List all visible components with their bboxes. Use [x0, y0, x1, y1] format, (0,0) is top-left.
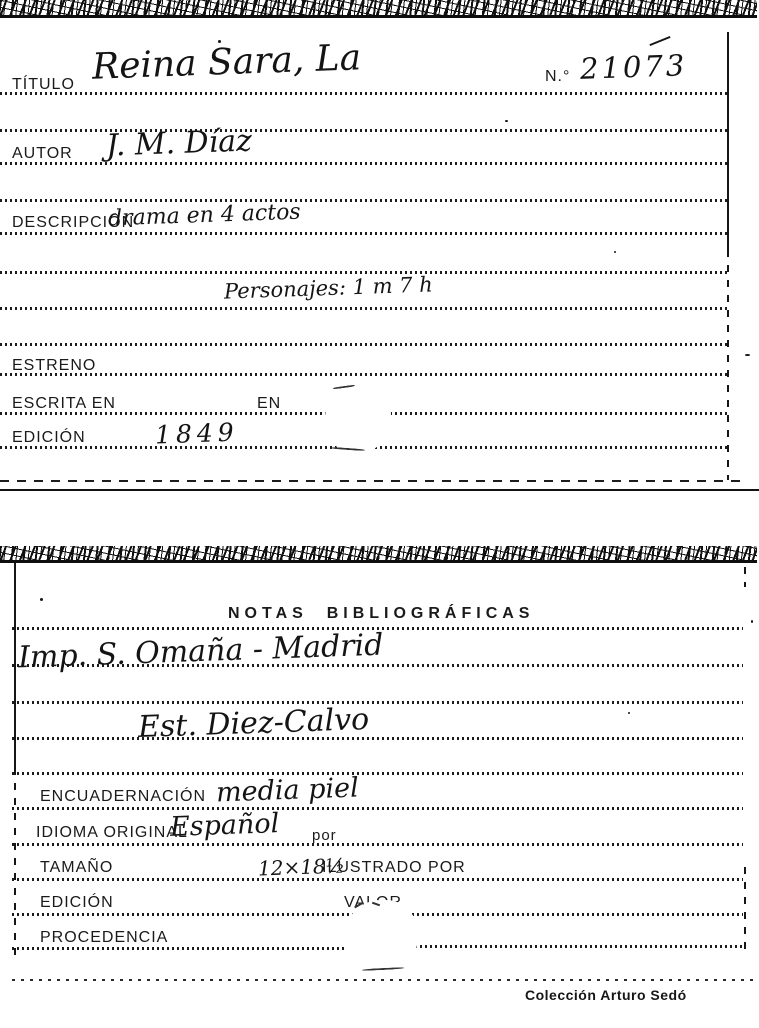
- scan-speck: [751, 620, 753, 623]
- ruled-line: [12, 737, 743, 740]
- notas-bibliograficas-header: NOTAS BIBLIOGRÁFICAS: [228, 605, 534, 623]
- ink-remnant: [331, 447, 365, 451]
- en-label: EN: [257, 395, 281, 413]
- ruled-line: [12, 979, 755, 981]
- ink-remnant: [362, 967, 404, 971]
- ruled-line: [0, 199, 729, 202]
- imprenta-handwritten-value: Imp. S. Omaña - Madrid: [18, 628, 384, 676]
- separator-line: [0, 489, 759, 491]
- bottom-card-right-border: [744, 867, 746, 953]
- erasure-mark: [325, 384, 391, 454]
- escrita-en-label: ESCRITA EN: [12, 395, 116, 413]
- tamano-label: TAMAÑO: [40, 859, 113, 877]
- scan-speck: [40, 598, 43, 601]
- ruled-line: [12, 772, 743, 775]
- encuadernacion-handwritten-value: media piel: [216, 773, 360, 809]
- top-card-right-border: [727, 32, 729, 250]
- bottom-card-noise-band: [0, 546, 757, 563]
- scan-speck: [745, 354, 750, 356]
- titulo-handwritten-value: Reina Sara, La: [91, 37, 361, 87]
- autor-label: AUTOR: [12, 145, 73, 163]
- ruled-line: [0, 373, 729, 376]
- scan-speck: [628, 712, 630, 714]
- top-card-noise-band: [0, 0, 757, 18]
- ruled-line: [12, 807, 743, 810]
- collection-stamp: Colección Arturo Sedó: [525, 987, 687, 1003]
- erasure-mark: [344, 900, 418, 976]
- numero-handwritten-value: 21073: [579, 48, 687, 86]
- ink-remnant: [333, 384, 355, 389]
- edicion-handwritten-value: 1849: [155, 418, 240, 450]
- idioma-handwritten-value: Español: [169, 808, 279, 843]
- ruled-line: [12, 701, 743, 704]
- personajes-handwritten-value: Personajes: 1 m 7 h: [224, 272, 433, 303]
- ink-remnant: [372, 902, 380, 907]
- ruled-line: [0, 343, 729, 346]
- scanned-catalog-card-page: TÍTULO N.° AUTOR DESCRIPCIÓN ESTRENO ESC…: [0, 0, 759, 1028]
- bottom-card-right-corner: [744, 567, 746, 587]
- por-label: por: [312, 827, 337, 844]
- edicion-bottom-label: EDICIÓN: [40, 894, 114, 912]
- ruled-line: [415, 945, 743, 948]
- estreno-label: ESTRENO: [12, 357, 96, 375]
- ruled-line: [0, 232, 729, 235]
- edicion-label: EDICIÓN: [12, 429, 86, 447]
- titulo-label: TÍTULO: [12, 76, 75, 94]
- autor-handwritten-value: J. M. Díaz: [105, 123, 252, 163]
- scan-speck: [505, 120, 508, 122]
- card-bottom-dashed-edge: [0, 480, 745, 482]
- descripcion-handwritten-value: drama en 4 actos: [108, 200, 301, 232]
- ruled-line: [12, 843, 743, 846]
- numero-label: N.°: [545, 68, 570, 86]
- bottom-card-left-border-lower: [14, 768, 16, 956]
- procedencia-label: PROCEDENCIA: [40, 929, 168, 947]
- ruled-line: [0, 271, 729, 274]
- ruled-line: [12, 947, 345, 950]
- encuadernacion-label: ENCUADERNACIÓN: [40, 788, 206, 806]
- idioma-original-label: IDIOMA ORIGINAL: [36, 824, 188, 842]
- scan-speck: [614, 251, 616, 253]
- ruled-line: [0, 92, 729, 95]
- ruled-line: [0, 307, 729, 310]
- ruled-line: [12, 878, 743, 881]
- pen-tick-mark: [649, 36, 670, 46]
- tamano-handwritten-value: 12×18½: [258, 853, 346, 880]
